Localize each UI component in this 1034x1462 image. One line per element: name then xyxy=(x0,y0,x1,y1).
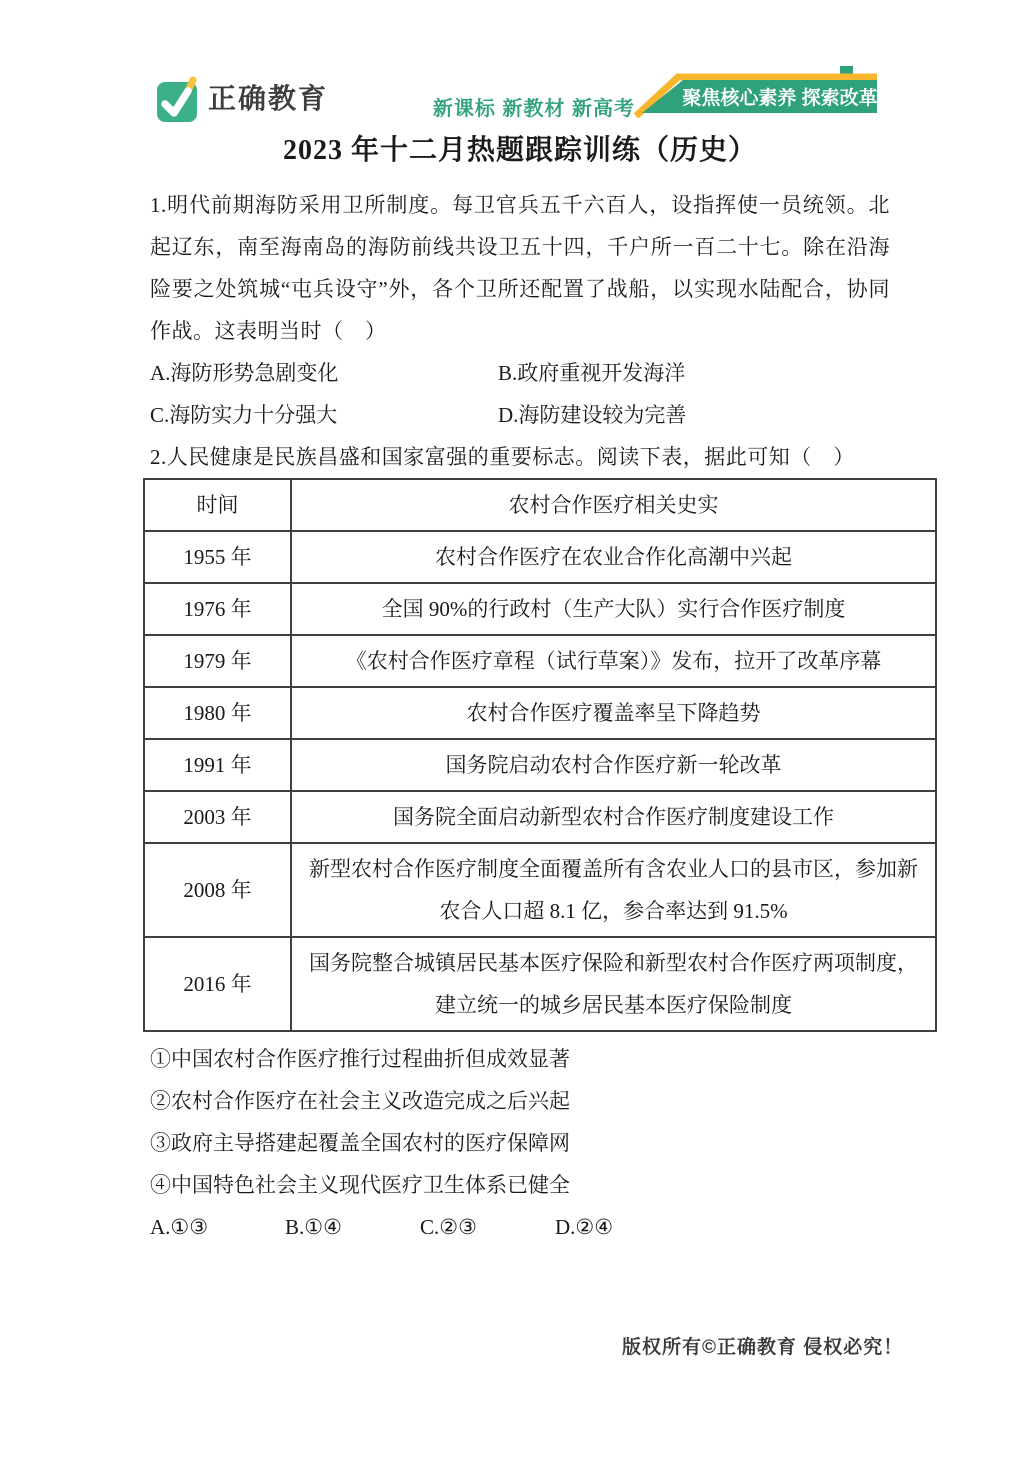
question-2-statement-2: ②农村合作医疗在社会主义改造完成之后兴起 xyxy=(150,1080,890,1122)
table-cell-fact: 《农村合作医疗章程（试行草案）》发布，拉开了改革序幕 xyxy=(291,635,936,687)
brand-name: 正确教育 xyxy=(208,76,328,122)
question-1-options: A.海防形势急剧变化B.政府重视开发海洋C.海防实力十分强大D.海防建设较为完善 xyxy=(150,352,890,436)
table-row: 1955 年农村合作医疗在农业合作化高潮中兴起 xyxy=(144,531,936,583)
question-2-stem: 2.人民健康是民族昌盛和国家富强的重要标志。阅读下表，据此可知（ ） xyxy=(150,436,890,478)
table-cell-fact: 农村合作医疗覆盖率呈下降趋势 xyxy=(291,687,936,739)
question-1-option-a: A.海防形势急剧变化 xyxy=(150,352,498,394)
table-cell-year: 2016 年 xyxy=(144,937,291,1031)
question-1-option-b: B.政府重视开发海洋 xyxy=(498,352,890,394)
question-2-option-a: A.①③ xyxy=(150,1206,285,1248)
document-page: 正确教育 新课标 新教材 新高考 聚焦核心素养 探索改革 2023 年十二月热题… xyxy=(0,0,1034,1462)
table-cell-fact: 国务院启动农村合作医疗新一轮改革 xyxy=(291,739,936,791)
table-cell-year: 1980 年 xyxy=(144,687,291,739)
question-2-statements: ①中国农村合作医疗推行过程曲折但成效显著②农村合作医疗在社会主义改造完成之后兴起… xyxy=(150,1038,890,1206)
table-row: 1980 年农村合作医疗覆盖率呈下降趋势 xyxy=(144,687,936,739)
question-2-statement-4: ④中国特色社会主义现代医疗卫生体系已健全 xyxy=(150,1164,890,1206)
question-1-option-d: D.海防建设较为完善 xyxy=(498,394,890,436)
table-header-row: 时间农村合作医疗相关史实 xyxy=(144,479,936,531)
copyright-notice: 版权所有©正确教育 侵权必究！ xyxy=(622,1332,903,1359)
table-cell-fact: 国务院整合城镇居民基本医疗保险和新型农村合作医疗两项制度，建立统一的城乡居民基本… xyxy=(291,937,936,1031)
table-row: 2016 年国务院整合城镇居民基本医疗保险和新型农村合作医疗两项制度，建立统一的… xyxy=(144,937,936,1031)
table-cell-fact: 国务院全面启动新型农村合作医疗制度建设工作 xyxy=(291,791,936,843)
question-1-option-c: C.海防实力十分强大 xyxy=(150,394,498,436)
table-cell-fact: 新型农村合作医疗制度全面覆盖所有含农业人口的县市区，参加新农合人口超 8.1 亿… xyxy=(291,843,936,937)
brand-logo: 正确教育 xyxy=(156,76,328,122)
question-2-option-c: C.②③ xyxy=(420,1206,555,1248)
table-body: 1955 年农村合作医疗在农业合作化高潮中兴起1976 年全国 90%的行政村（… xyxy=(144,531,936,1031)
table-row: 1976 年全国 90%的行政村（生产大队）实行合作医疗制度 xyxy=(144,583,936,635)
header-tagline: 新课标 新教材 新高考 xyxy=(433,92,635,121)
table-cell-year: 1991 年 xyxy=(144,739,291,791)
question-2-option-d: D.②④ xyxy=(555,1206,613,1248)
banner-slogan: 聚焦核心素养 探索改革 xyxy=(682,86,877,109)
question-2-option-b: B.①④ xyxy=(285,1206,420,1248)
content-area: 1.明代前期海防采用卫所制度。每卫官兵五千六百人，设指挥使一员统领。北起辽东，南… xyxy=(150,184,890,1248)
question-2-table: 时间农村合作医疗相关史实 1955 年农村合作医疗在农业合作化高潮中兴起1976… xyxy=(143,478,937,1032)
page-title: 2023 年十二月热题跟踪训练（历史） xyxy=(150,128,890,168)
table-header-cell: 农村合作医疗相关史实 xyxy=(291,479,936,531)
table-cell-fact: 农村合作医疗在农业合作化高潮中兴起 xyxy=(291,531,936,583)
question-2-statement-3: ③政府主导搭建起覆盖全国农村的医疗保障网 xyxy=(150,1122,890,1164)
table-cell-year: 1976 年 xyxy=(144,583,291,635)
table-cell-fact: 全国 90%的行政村（生产大队）实行合作医疗制度 xyxy=(291,583,936,635)
header-ribbon-banner: 聚焦核心素养 探索改革 xyxy=(628,60,888,118)
question-1-stem: 1.明代前期海防采用卫所制度。每卫官兵五千六百人，设指挥使一员统领。北起辽东，南… xyxy=(150,184,890,352)
table-row: 2003 年国务院全面启动新型农村合作医疗制度建设工作 xyxy=(144,791,936,843)
table-cell-year: 1955 年 xyxy=(144,531,291,583)
table-row: 2008 年新型农村合作医疗制度全面覆盖所有含农业人口的县市区，参加新农合人口超… xyxy=(144,843,936,937)
table-cell-year: 2003 年 xyxy=(144,791,291,843)
question-2-answer-options: A.①③B.①④C.②③D.②④ xyxy=(150,1206,890,1248)
table-cell-year: 1979 年 xyxy=(144,635,291,687)
table-row: 1979 年《农村合作医疗章程（试行草案）》发布，拉开了改革序幕 xyxy=(144,635,936,687)
table-header-cell: 时间 xyxy=(144,479,291,531)
table-cell-year: 2008 年 xyxy=(144,843,291,937)
table-head: 时间农村合作医疗相关史实 xyxy=(144,479,936,531)
question-2-statement-1: ①中国农村合作医疗推行过程曲折但成效显著 xyxy=(150,1038,890,1080)
checkmark-logo-icon xyxy=(156,76,200,122)
table-row: 1991 年国务院启动农村合作医疗新一轮改革 xyxy=(144,739,936,791)
